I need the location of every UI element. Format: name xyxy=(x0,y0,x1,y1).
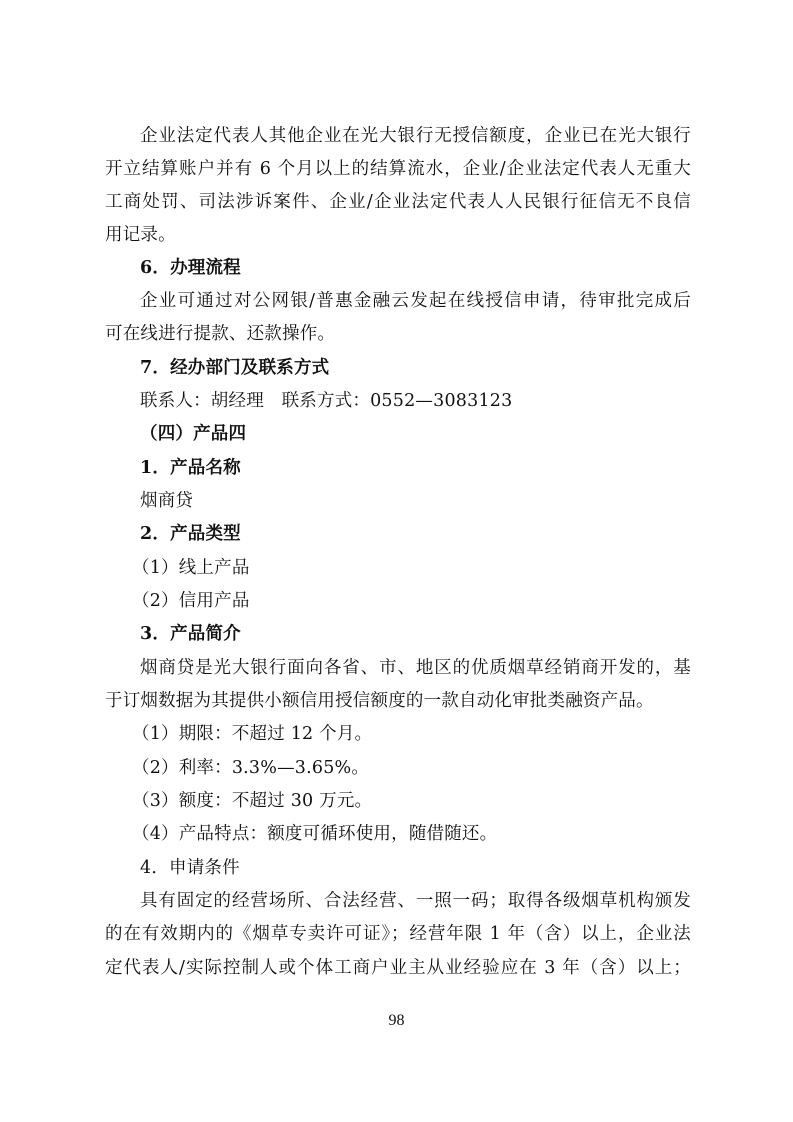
paragraph-line: 于订烟数据为其提供小额信用授信额度的一款自动化审批类融资产品。 xyxy=(105,690,691,712)
conditions-heading: 4．申请条件 xyxy=(140,857,691,879)
paragraph-line: 的在有效期内的《烟草专卖许可证》；经营年限 1 年（含）以上，企业法 xyxy=(105,923,691,945)
paragraph-line: 企业可通过对公网银/普惠金融云发起在线授信申请，待审批完成后 xyxy=(140,290,691,312)
paragraph-line: 可在线进行提款、还款操作。 xyxy=(105,323,691,345)
product-detail-item: （1）期限：不超过 12 个月。 xyxy=(132,723,718,745)
paragraph-line: 开立结算账户并有 6 个月以上的结算流水，企业/企业法定代表人无重大 xyxy=(105,158,691,180)
paragraph-line: 具有固定的经营场所、合法经营、一照一码；取得各级烟草机构颁发 xyxy=(140,890,691,912)
product-type-item: （1）线上产品 xyxy=(132,557,718,579)
product-name-heading: 1．产品名称 xyxy=(140,457,691,479)
paragraph-line: 烟商贷是光大银行面向各省、市、地区的优质烟草经销商开发的，基 xyxy=(140,657,691,679)
paragraph-line: 用记录。 xyxy=(105,224,691,246)
section-heading-contact: 7．经办部门及联系方式 xyxy=(140,357,691,379)
product-type-heading: 2．产品类型 xyxy=(140,523,691,545)
product-intro-heading: 3．产品简介 xyxy=(140,623,691,645)
product-detail-item: （3）额度：不超过 30 万元。 xyxy=(132,790,718,812)
paragraph-line: 工商处罚、司法涉诉案件、企业/企业法定代表人人民银行征信无不良信 xyxy=(105,191,691,213)
product-name: 烟商贷 xyxy=(140,490,691,512)
product-type-item: （2）信用产品 xyxy=(132,590,718,612)
paragraph-line: 企业法定代表人其他企业在光大银行无授信额度，企业已在光大银行 xyxy=(140,125,691,147)
section-heading-process: 6．办理流程 xyxy=(140,257,691,279)
product-detail-item: （4）产品特点：额度可循环使用，随借随还。 xyxy=(132,823,718,845)
paragraph-line: 定代表人/实际控制人或个体工商户业主从业经验应在 3 年（含）以上； xyxy=(105,957,691,979)
product-detail-item: （2）利率：3.3%—3.65%。 xyxy=(132,757,718,779)
product-heading: （四）产品四 xyxy=(140,423,691,445)
contact-line: 联系人：胡经理 联系方式：0552—3083123 xyxy=(140,390,691,412)
page-number: 98 xyxy=(0,1012,793,1030)
document-page: 企业法定代表人其他企业在光大银行无授信额度，企业已在光大银行 开立结算账户并有 … xyxy=(0,0,793,1122)
